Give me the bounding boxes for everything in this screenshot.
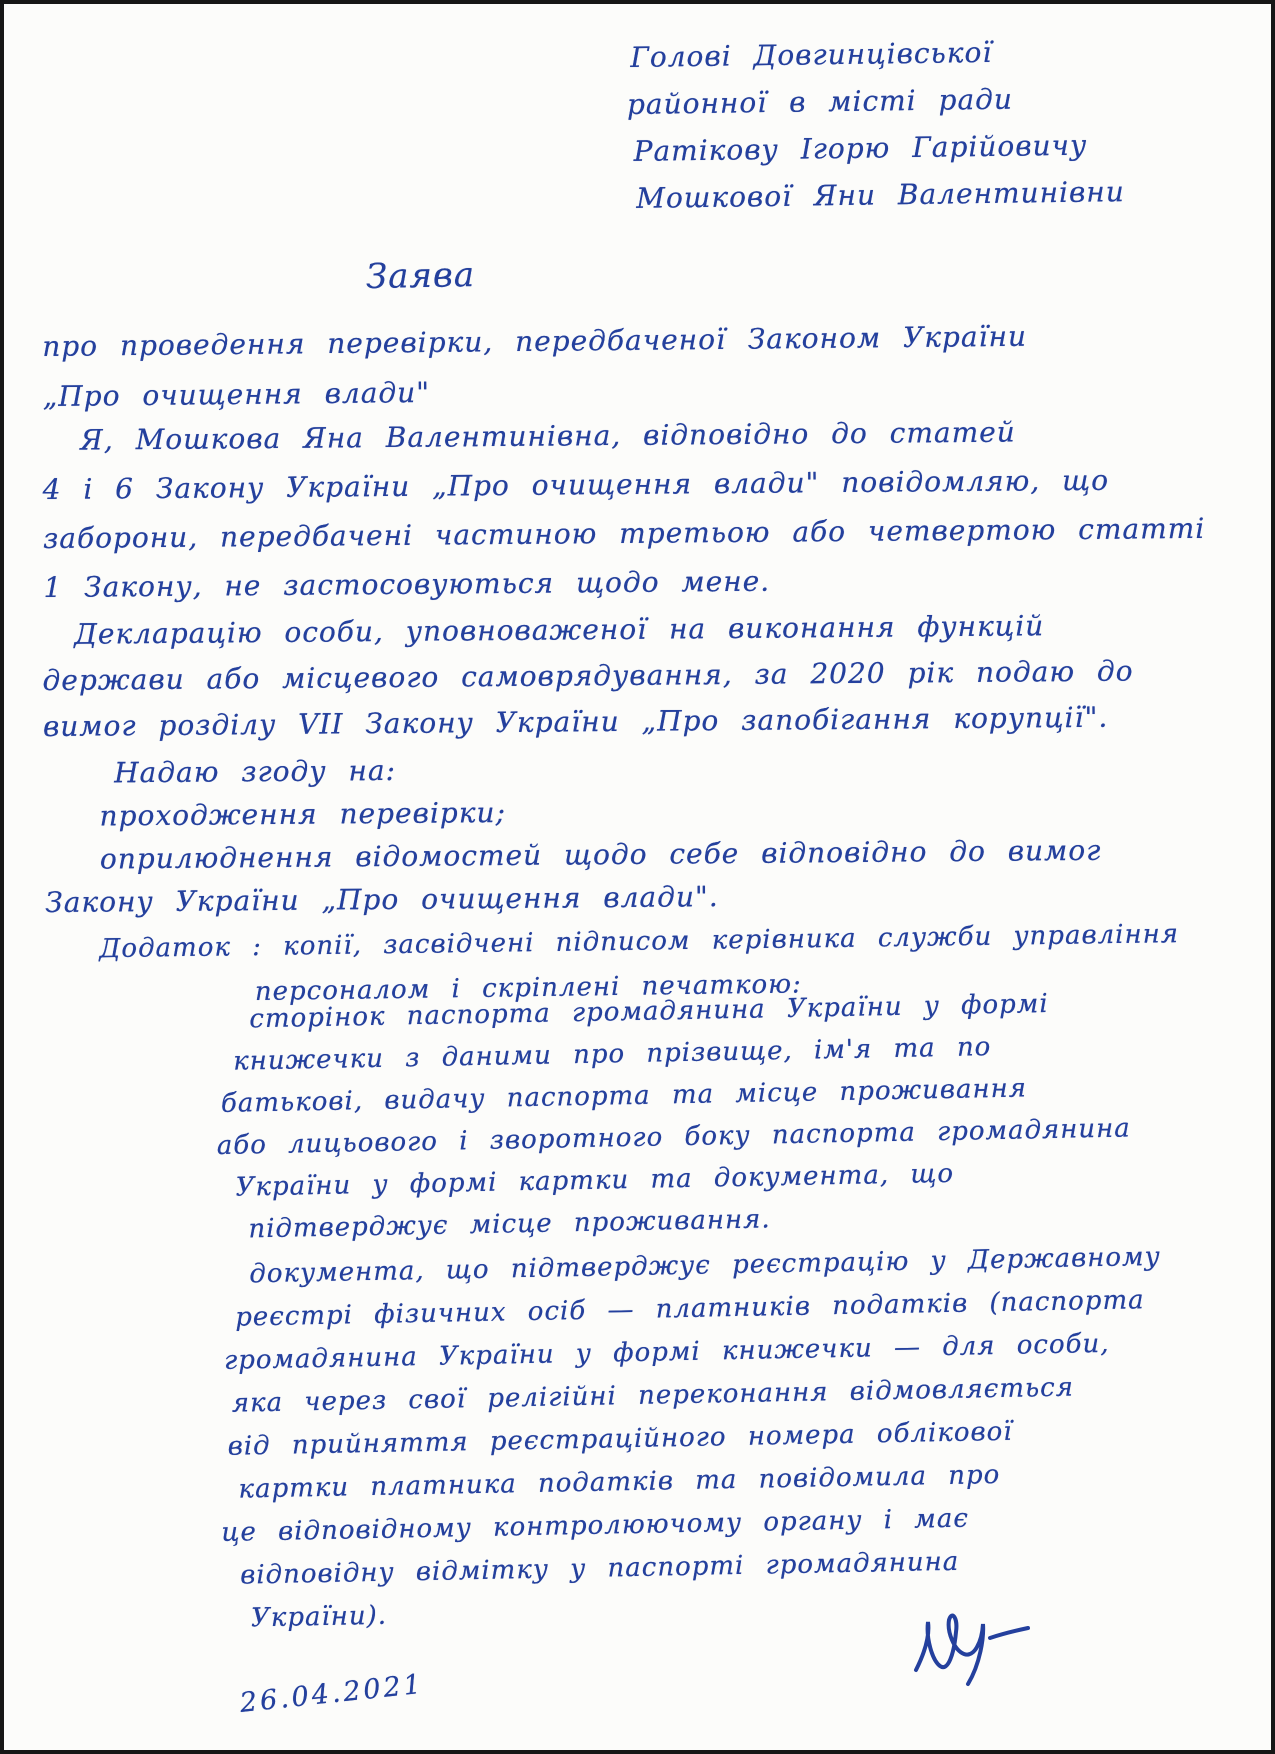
body-line: вимог розділу VII Закону України „Про за… bbox=[43, 694, 1134, 750]
addressee-line: Ратікову Ігорю Гарійовичу bbox=[627, 121, 1124, 175]
consent-block: Надаю згоду на: проходження перевірки; о… bbox=[42, 743, 1102, 924]
attachment-item-tax-registration: документа, що підтверджує реєстрацію у Д… bbox=[214, 1236, 1168, 1641]
date: 26.04.2021 bbox=[238, 1669, 425, 1719]
letter-title: Заява bbox=[366, 255, 476, 297]
subject-block: про проведення перевірки, передбаченої З… bbox=[42, 312, 1028, 422]
body-line: заборони, передбачені частиною третьою а… bbox=[43, 504, 1206, 563]
paragraph-declaration: Декларацію особи, уповноваженої на викон… bbox=[42, 602, 1134, 750]
subject-line: про проведення перевірки, передбаченої З… bbox=[42, 312, 1027, 372]
addressee-line: Голові Довгинцівської bbox=[626, 27, 1123, 81]
scanned-handwritten-application: Голові Довгинцівської районної в місті р… bbox=[0, 0, 1275, 1754]
addressee-line: Мошкової Яни Валентинівни bbox=[628, 168, 1125, 222]
paragraph-lustration: Я, Мошкова Яна Валентинівна, відповідно … bbox=[42, 406, 1206, 612]
addressee-line: районної в місті ради bbox=[627, 74, 1124, 128]
signature-flourish-icon bbox=[904, 1592, 1039, 1692]
addressee-block: Голові Довгинцівської районної в місті р… bbox=[626, 27, 1125, 222]
attachment-item-passport-pages: сторінок паспорта громадянина України у … bbox=[214, 981, 1133, 1251]
